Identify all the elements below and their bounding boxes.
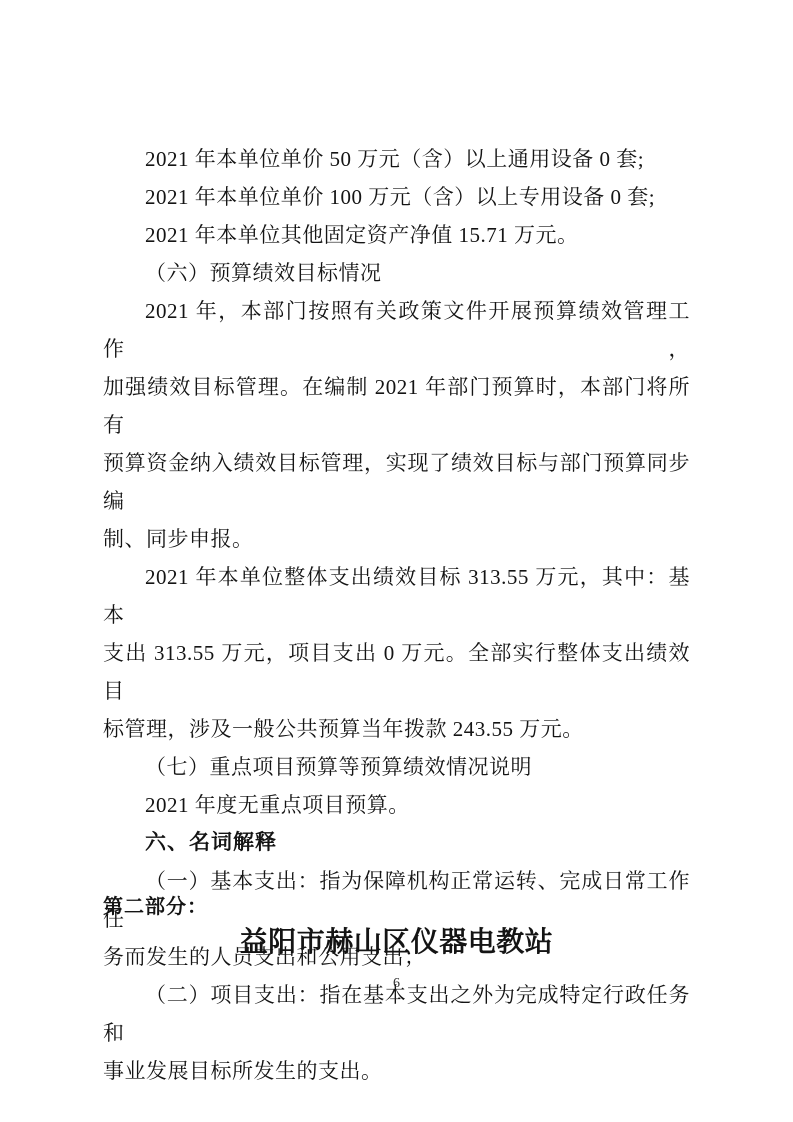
body-line: 2021 年度无重点项目预算。 (103, 786, 690, 824)
part2-label: 第二部分： (103, 893, 208, 921)
body-line: 2021 年本单位单价 50 万元（含）以上通用设备 0 套; (103, 140, 690, 178)
body-line: 2021 年本单位整体支出绩效目标 313.55 万元，其中：基本 (103, 558, 690, 634)
body-line: 加强绩效目标管理。在编制 2021 年部门预算时，本部门将所有 (103, 368, 690, 444)
body-line: 制、同步申报。 (103, 520, 690, 558)
body-line: 标管理，涉及一般公共预算当年拨款 243.55 万元。 (103, 710, 690, 748)
section-heading-terms: 六、名词解释 (103, 824, 690, 862)
body-line: 2021 年，本部门按照有关政策文件开展预算绩效管理工作， (103, 292, 690, 368)
document-page: 2021 年本单位单价 50 万元（含）以上通用设备 0 套; 2021 年本单… (0, 0, 793, 1122)
section-heading-6: （六）预算绩效目标情况 (103, 254, 690, 292)
body-line: 2021 年本单位其他固定资产净值 15.71 万元。 (103, 216, 690, 254)
organization-title: 益阳市赫山区仪器电教站 (0, 925, 793, 961)
body-line: 支出 313.55 万元，项目支出 0 万元。全部实行整体支出绩效目 (103, 634, 690, 710)
body-line: 2021 年本单位单价 100 万元（含）以上专用设备 0 套; (103, 178, 690, 216)
section-heading-7: （七）重点项目预算等预算绩效情况说明 (103, 748, 690, 786)
page-number: 6 (0, 976, 793, 992)
body-line: 预算资金纳入绩效目标管理，实现了绩效目标与部门预算同步编 (103, 444, 690, 520)
body-line: 事业发展目标所发生的支出。 (103, 1052, 690, 1090)
